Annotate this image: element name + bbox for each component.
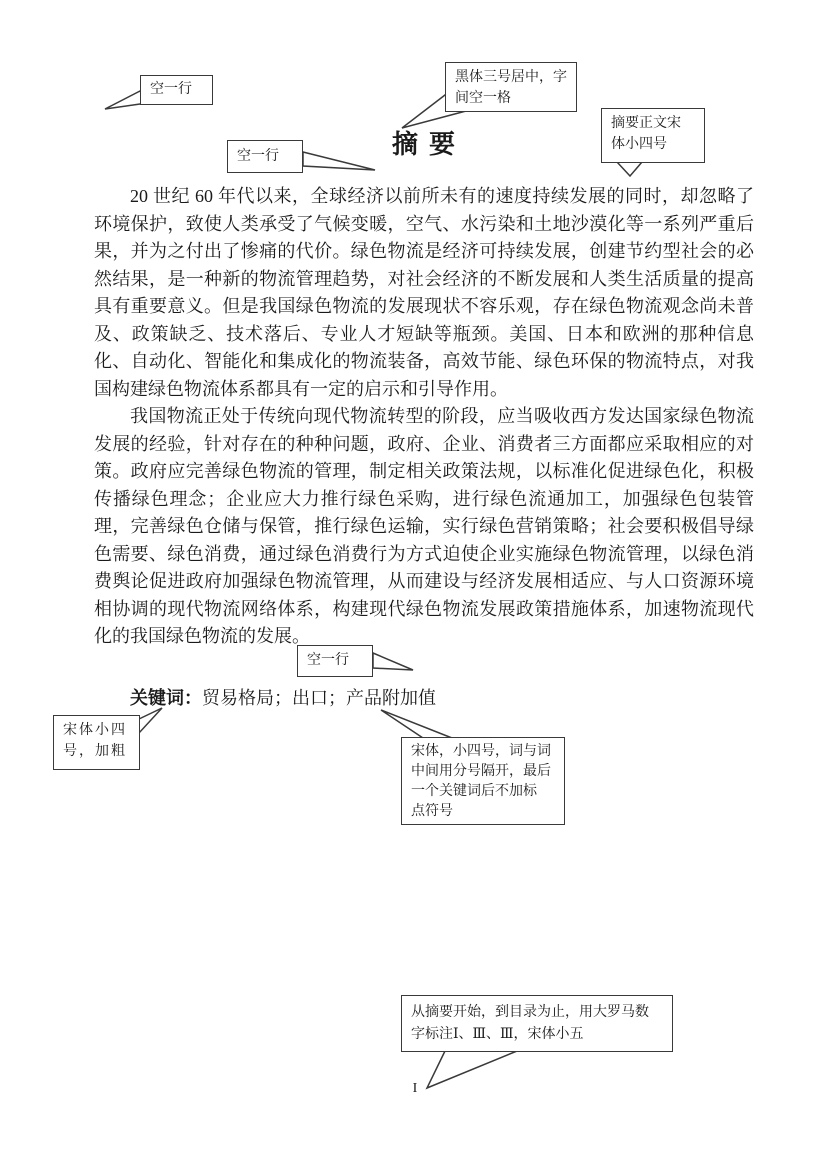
abstract-paragraph-2: 我国物流正处于传统向现代物流转型的阶段，应当吸收西方发达国家绿色物流发展的经验，… [94, 403, 754, 651]
abstract-body: 20 世纪 60 年代以来，全球经济以前所未有的速度持续发展的同时，却忽略了环境… [94, 183, 754, 651]
callout-tail-keywords-label-format [139, 708, 162, 733]
callout-tail-blank-line-3 [373, 653, 413, 670]
callout-page-number-format: 从摘要开始，到目录为止，用大罗马数 字标注Ⅰ、Ⅲ、Ⅲ，宋体小五 [401, 995, 673, 1052]
keywords-label: 关键词： [130, 688, 202, 708]
callout-blank-line-2: 空一行 [227, 140, 303, 173]
keywords-line: 关键词：贸易格局；出口；产品附加值 [94, 686, 754, 710]
callout-tail-page-number-format [427, 1051, 517, 1088]
callout-blank-line-1: 空一行 [140, 75, 213, 105]
callout-title-format: 黑体三号居中，字 间空一格 [445, 62, 577, 112]
callout-body-format: 摘要正文宋 体小四号 [601, 108, 705, 163]
abstract-page: 摘 要 20 世纪 60 年代以来，全球经济以前所未有的速度持续发展的同时，却忽… [0, 0, 827, 1170]
callout-tail-body-format [617, 162, 642, 176]
callout-keywords-format: 宋体，小四号，词与词 中间用分号隔开，最后 一个关键词后不加标 点符号 [401, 737, 565, 825]
abstract-paragraph-1: 20 世纪 60 年代以来，全球经济以前所未有的速度持续发展的同时，却忽略了环境… [94, 183, 754, 403]
callout-keywords-label-format: 宋体小四 号，加粗 [53, 715, 140, 770]
keywords-value: 贸易格局；出口；产品附加值 [202, 688, 436, 708]
page-number: I [400, 1081, 430, 1097]
callout-tail-keywords-format [381, 710, 452, 738]
callout-blank-line-3: 空一行 [297, 645, 373, 677]
